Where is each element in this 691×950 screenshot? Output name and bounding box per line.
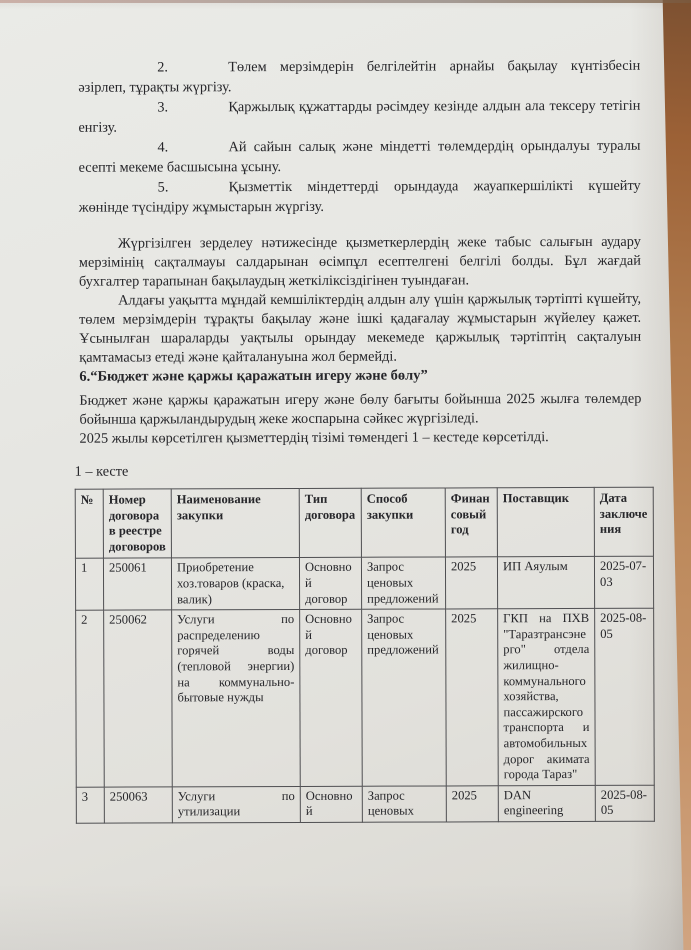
cell-procurement-name: Услуги по распределению горячей воды (те… <box>172 610 301 787</box>
section-6-heading: 6.“Бюджет және қаржы қаражатын игеру жән… <box>79 366 641 387</box>
cell-conclusion-date: 2025-08-05 <box>595 608 655 785</box>
cell-contract-type: Основной договор <box>300 609 363 786</box>
list-item-5: 5.Қызметтік міндеттерді орындауда жауапк… <box>79 176 641 218</box>
paragraph-findings: Жүргізілген зерделеу нәтижесінде қызметк… <box>79 233 641 292</box>
cell-contract-number: 250061 <box>103 558 171 610</box>
cell-supplier: ИП Аяулым <box>497 557 594 609</box>
cell-number: 2 <box>76 610 105 787</box>
contracts-table: № Номер договора в реестре договоров Наи… <box>75 487 655 824</box>
list-item-2: 2.Төлем мерзімдерін белгілейтін арнайы б… <box>78 56 640 98</box>
item-number: 4. <box>78 137 228 158</box>
paragraph-recommendations: Алдағы уақытта мұндай кемшіліктердің алд… <box>79 290 641 368</box>
paper-sheet: 2.Төлем мерзімдерін белгілейтін арнайы б… <box>0 0 691 950</box>
table-caption: 1 – кесте <box>75 461 642 482</box>
cell-contract-type: Основной <box>300 786 362 822</box>
header-number: № <box>75 489 103 558</box>
header-supplier: Поставщик <box>497 487 594 557</box>
cell-procurement-method: Запрос ценовых предложений <box>361 557 445 609</box>
cell-fiscal-year: 2025 <box>446 609 499 786</box>
item-number: 3. <box>78 97 228 118</box>
cell-procurement-name: Приобретение хоз.товаров (краска, валик) <box>171 558 299 610</box>
cell-fiscal-year: 2025 <box>446 785 498 821</box>
cell-procurement-method: Запрос ценовых предложений <box>362 609 447 786</box>
cell-contract-number: 250063 <box>104 787 172 823</box>
paragraph-budget-1: Бюджет және қаржы қаражатын игеру және б… <box>79 390 641 430</box>
item-number: 5. <box>79 177 229 198</box>
cell-procurement-method: Запрос ценовых <box>362 786 446 822</box>
header-procurement-name: Наименование закупки <box>171 488 299 558</box>
cell-contract-number: 250062 <box>104 610 173 787</box>
photo-top-edge <box>0 0 691 3</box>
cell-conclusion-date: 2025-07-03 <box>594 557 653 609</box>
list-item-3: 3.Қаржылық құжаттарды рәсімдеу кезінде а… <box>78 96 640 138</box>
header-procurement-method: Способ закупки <box>361 488 445 558</box>
table-header-row: № Номер договора в реестре договоров Наи… <box>75 487 653 558</box>
header-conclusion-date: Дата заключения <box>594 487 653 557</box>
paragraph-budget-2: 2025 жылы көрсетілген қызметтердің тізім… <box>80 428 642 449</box>
cell-contract-type: Основной договор <box>299 558 361 610</box>
item-number: 2. <box>78 57 228 78</box>
cell-number: 1 <box>75 559 103 611</box>
cell-procurement-name: Услуги по утилизации <box>172 786 300 823</box>
list-item-4: 4.Ай сайын салық және міндетті төлемдерд… <box>78 136 640 178</box>
cell-conclusion-date: 2025-08-05 <box>595 785 654 821</box>
header-fiscal-year: Финансовый год <box>445 488 497 558</box>
table-row: 2 250062 Услуги по распределению горячей… <box>76 608 655 787</box>
header-contract-type: Тип договора <box>299 488 361 558</box>
document-page: 2.Төлем мерзімдерін белгілейтін арнайы б… <box>0 0 691 824</box>
cell-number: 3 <box>76 787 104 823</box>
cell-supplier: ГКП на ПХВ "Таразтрансэнерго" отдела жил… <box>498 609 596 786</box>
table-row: 3 250063 Услуги по утилизации Основной З… <box>76 785 654 823</box>
cell-fiscal-year: 2025 <box>445 557 497 609</box>
header-contract-registry-number: Номер договора в реестре договоров <box>103 489 171 559</box>
cell-supplier: DAN engineering <box>498 785 595 822</box>
table-row: 1 250061 Приобретение хоз.товаров (краск… <box>75 557 653 611</box>
